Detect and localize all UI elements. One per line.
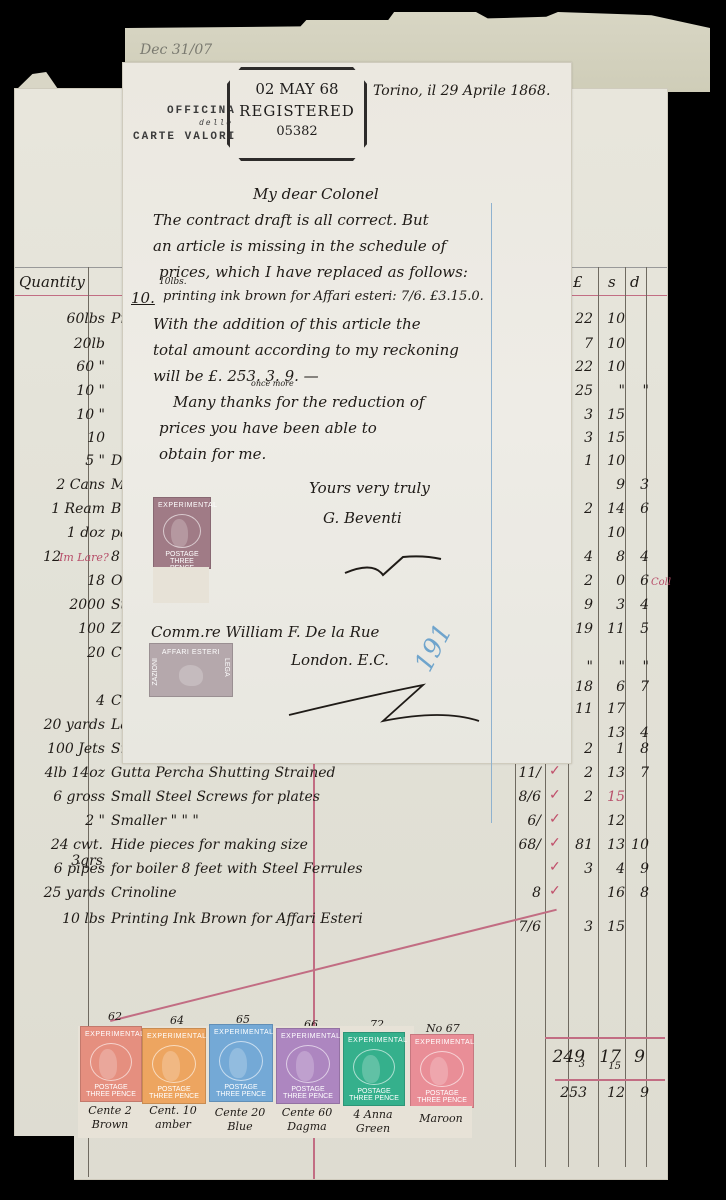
row-pence: "	[619, 383, 649, 399]
row-qty: 60lbs	[33, 311, 105, 327]
stamp-top-label: EXPERIMENTAL	[214, 1028, 268, 1038]
row-qty: 25 yards	[33, 885, 105, 901]
row-desc: Hide pieces for making size	[111, 837, 308, 853]
row-qty: 1 Ream	[33, 501, 105, 517]
red-pencil-note: Im Lare?	[59, 551, 109, 564]
body-line: an article is missing in the schedule of	[153, 237, 446, 255]
row-qty: 20	[33, 645, 105, 661]
insertion-note: once more	[251, 379, 294, 388]
check-mark-icon: ✓	[549, 787, 561, 803]
stamp-top-label: EXPERIMENTAL	[415, 1038, 469, 1048]
row-pence: 3	[619, 477, 649, 493]
shillings-header: s	[608, 273, 616, 291]
row-shillings: 10	[595, 311, 625, 327]
row-shillings: 15	[595, 789, 625, 805]
portrait-icon	[430, 1057, 449, 1086]
blue-pencil-note: 191	[409, 619, 459, 677]
row-qty: 2000	[33, 597, 105, 613]
row-shillings: 10	[595, 359, 625, 375]
row-pounds: 3	[563, 919, 593, 935]
experimental-stamp-blue: EXPERIMENTALPOSTAGE THREE PENCE	[209, 1024, 273, 1102]
row-qty: 18	[33, 573, 105, 589]
total-pence: 9	[619, 1085, 649, 1101]
stamp-caption: Maroon	[410, 1112, 472, 1126]
row-desc: Printing Ink Brown for Affari Esteri	[111, 911, 363, 927]
stamp-top-label: EXPERIMENTAL	[348, 1036, 400, 1046]
subtotal-rule	[545, 1037, 665, 1039]
item-number: 10.	[131, 289, 155, 307]
stamp-caption: Cente 2Brown	[80, 1104, 140, 1132]
stamp-top-label: EXPERIMENTAL	[147, 1032, 201, 1042]
row-pence: 6	[619, 501, 649, 517]
letter-sheet: OFFICINA delle CARTE VALORI 02 MAY 68 RE…	[122, 62, 572, 764]
caption-line1: Cente 20	[209, 1106, 271, 1120]
row-qty: 4	[33, 693, 105, 709]
column-divider	[545, 759, 546, 1167]
row-qty: 5 "	[33, 453, 105, 469]
portrait-icon	[99, 1049, 117, 1079]
row-side-price: 68/	[511, 837, 541, 853]
row-pounds: 81	[563, 837, 593, 853]
body-line: With the addition of this article the	[153, 315, 421, 333]
row-qty: 4lb 14oz	[33, 765, 105, 781]
caption-line2: amber	[142, 1118, 204, 1132]
row-shillings: 10	[595, 525, 625, 541]
stamp-right-label: LEGA	[223, 658, 230, 677]
row-qty: 10	[33, 430, 105, 446]
row-shillings: 15	[595, 407, 625, 423]
check-mark-icon: ✓	[549, 835, 561, 851]
affari-esteri-stamp: AFFARI ESTERI ZAZIONI LEGA	[149, 643, 233, 697]
addressee-line2: London. E.C.	[291, 651, 389, 669]
row-pounds: 2	[563, 765, 593, 781]
pounds-header: £	[573, 273, 583, 291]
row-pence: 10	[619, 837, 649, 853]
stamp-caption: Cent. 10amber	[142, 1104, 204, 1132]
row-shillings: 15	[595, 919, 625, 935]
salutation: My dear Colonel	[253, 185, 379, 203]
quantity-header: Quantity	[19, 273, 85, 291]
check-mark-icon: ✓	[549, 883, 561, 899]
portrait-icon	[362, 1055, 380, 1084]
dateline: Torino, il 29 Aprile 1868.	[373, 83, 550, 99]
stamp-bottom-label: POSTAGE THREE PENCE	[415, 1090, 469, 1104]
stamp-number: 62	[108, 1010, 122, 1023]
margin-note: Coll	[651, 577, 671, 588]
stamp-caption: Cente 20Blue	[209, 1106, 271, 1134]
stamp-bottom-label: POSTAGE THREE PENCE	[214, 1084, 268, 1098]
portrait-icon	[162, 1051, 181, 1081]
row-desc: Small Steel Screws for plates	[111, 789, 320, 805]
addressee-line1: Comm.re William F. De la Rue	[151, 623, 379, 641]
experimental-stamp-magenta: EXPERIMENTALPOSTAGE THREE PENCE	[276, 1028, 340, 1104]
row-pence: "	[619, 659, 649, 675]
row-shillings: 15	[595, 430, 625, 446]
row-qty: 10 lbs	[33, 911, 105, 927]
stamp-top-label: AFFARI ESTERI	[154, 648, 228, 658]
row-pence: 7	[619, 679, 649, 695]
subtotal-pence: 9	[615, 1047, 645, 1067]
body-line: prices you have been able to	[159, 419, 377, 437]
row-shillings: 17	[595, 701, 625, 717]
stamp-bottom-label: POSTAGE THREE PENCE	[348, 1088, 400, 1102]
stamp-bottom-label: POSTAGE THREE PENCE	[147, 1086, 201, 1100]
row-desc: Crinoline	[111, 885, 177, 901]
caption-line2: Brown	[80, 1118, 140, 1132]
caption-line2: Blue	[209, 1120, 271, 1134]
row-pounds: 2	[563, 789, 593, 805]
stamp-bottom-label: POSTAGE THREE PENCE	[281, 1086, 335, 1100]
stamp-caption: Cente 60Dagma	[276, 1106, 338, 1134]
caption-line1: 4 Anna	[343, 1108, 403, 1122]
caption-line1: Cente 2	[80, 1104, 140, 1118]
signature: G. Beventi	[323, 509, 402, 527]
column-divider	[598, 267, 599, 1167]
check-mark-icon: ✓	[549, 859, 561, 875]
experimental-stamp-brown: EXPERIMENTAL POSTAGE THREE PENCE	[153, 497, 211, 569]
body-line: total amount according to my reckoning	[153, 341, 459, 359]
experimental-stamp-amber: EXPERIMENTALPOSTAGE THREE PENCE	[142, 1028, 206, 1104]
row-pence: 9	[619, 861, 649, 877]
row-shillings: 12	[595, 813, 625, 829]
stamp-top-label: EXPERIMENTAL	[281, 1032, 335, 1042]
row-pence: 6	[619, 573, 649, 589]
row-side-price: 11/	[511, 765, 541, 781]
stamp-left-label: ZAZIONI	[152, 658, 159, 686]
caption-line1: Cente 60	[276, 1106, 338, 1120]
postmark-date: 02 MAY 68	[230, 80, 364, 98]
stamp-top-label: EXPERIMENTAL	[85, 1030, 137, 1040]
body-line: obtain for me.	[159, 445, 266, 463]
body-line: The contract draft is all correct. But	[153, 211, 429, 229]
row-side-price: 8/6	[511, 789, 541, 805]
underline-flourish	[283, 677, 483, 727]
stamp-caption: 4 AnnaGreen	[343, 1108, 403, 1136]
check-mark-icon: ✓	[549, 811, 561, 827]
row-shillings: 10	[595, 453, 625, 469]
portrait-icon	[229, 1048, 248, 1078]
stamp-top-label: EXPERIMENTAL	[158, 501, 206, 511]
caption-line1: Cent. 10	[142, 1104, 204, 1118]
row-qty: 100	[33, 621, 105, 637]
row-pence: 7	[619, 765, 649, 781]
signature-flourish	[343, 551, 443, 581]
stamp-selvage	[153, 567, 209, 603]
column-divider	[646, 267, 647, 1167]
torn-edge	[0, 1136, 74, 1200]
postmark-label: REGISTERED	[230, 102, 364, 120]
pence-header: d	[630, 273, 640, 291]
letterhead-line1: OFFICINA	[167, 105, 236, 117]
row-desc: Gutta Percha Shutting Strained	[111, 765, 335, 781]
total-rule	[555, 1079, 665, 1081]
total-pounds: 253	[547, 1085, 587, 1101]
row-side-price: 8	[511, 885, 541, 901]
subtotal-pounds-carry: 3	[575, 1059, 585, 1070]
experimental-stamp-brown: EXPERIMENTALPOSTAGE THREE PENCE	[80, 1026, 142, 1102]
row-qty: 2 "	[33, 813, 105, 829]
blue-pencil-line	[491, 203, 492, 823]
row-side-price: 7/6	[511, 919, 541, 935]
column-divider	[625, 267, 626, 1167]
row-pence: 4	[619, 549, 649, 565]
caption-line2: Green	[343, 1122, 403, 1136]
body-line: prices, which I have replaced as follows…	[159, 263, 468, 281]
registered-postmark: 02 MAY 68 REGISTERED 05382	[227, 67, 367, 161]
caption-line2: Dagma	[276, 1120, 338, 1134]
row-qty: 2 Cans	[33, 477, 105, 493]
row-pence: 4	[619, 725, 649, 741]
caption-line1: Maroon	[410, 1112, 472, 1126]
row-qty: 10 "	[33, 383, 105, 399]
row-pence: 8	[619, 885, 649, 901]
portrait-icon	[179, 665, 204, 686]
row-qty: 60 "	[33, 359, 105, 375]
check-mark-icon: ✓	[549, 763, 561, 779]
row-pounds: 3	[563, 861, 593, 877]
experimental-stamp-maroon: EXPERIMENTALPOSTAGE THREE PENCE	[410, 1034, 474, 1108]
body-line-item: printing ink brown for Affari esteri: 7/…	[163, 289, 484, 304]
closing: Yours very truly	[309, 479, 430, 497]
row-shillings: 10	[595, 336, 625, 352]
row-qty: 100 Jets	[33, 741, 105, 757]
body-line: Many thanks for the reduction of	[173, 393, 424, 411]
portrait-icon	[171, 519, 188, 547]
stamp-bottom-label: POSTAGE THREE PENCE	[85, 1084, 137, 1098]
row-qty: 1 doz	[33, 525, 105, 541]
row-desc: Smaller " " "	[111, 813, 199, 829]
row-desc: for boiler 8 feet with Steel Ferrules	[111, 861, 363, 877]
row-qty: 20 yards	[33, 717, 105, 733]
row-qty: 20lb	[33, 336, 105, 352]
row-qty: 6 pipes	[33, 861, 105, 877]
row-qty: 6 gross	[33, 789, 105, 805]
row-qty: 12	[33, 549, 61, 565]
portrait-icon	[296, 1051, 315, 1081]
pencil-note: Dec 31/07	[140, 42, 212, 58]
row-pence: 5	[619, 621, 649, 637]
stamp-bottom-label: POSTAGE THREE PENCE	[158, 551, 206, 565]
row-side-price: 6/	[511, 813, 541, 829]
postmark-number: 05382	[230, 124, 364, 139]
letterhead-line3: CARTE VALORI	[133, 131, 236, 143]
row-pence: 8	[619, 741, 649, 757]
item-qty: 10lbs.	[159, 277, 187, 287]
experimental-stamp-green: EXPERIMENTALPOSTAGE THREE PENCE	[343, 1032, 405, 1106]
row-qty: 10 "	[33, 407, 105, 423]
row-pence: 4	[619, 597, 649, 613]
